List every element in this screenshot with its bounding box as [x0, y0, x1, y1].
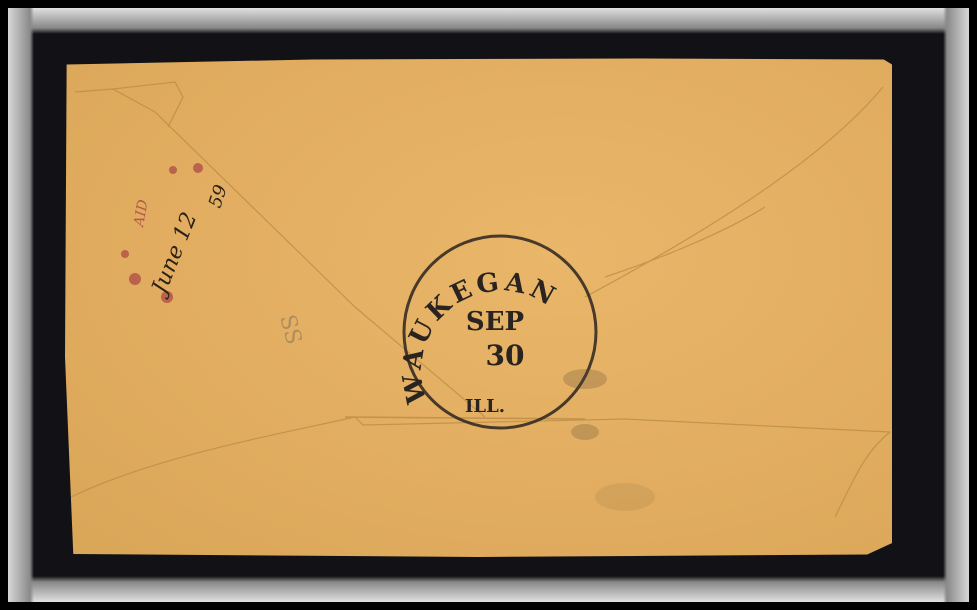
postmark-day: 30: [486, 339, 525, 372]
red-handstamp-text: AID: [131, 198, 152, 229]
postmark-state: ILL.: [465, 396, 505, 417]
docket-year: 59: [205, 182, 232, 210]
display-frame: AID June 12 59 SS WAUKEGAN ILL. SEP 30: [0, 0, 977, 610]
ghost-handstamp: SS: [274, 312, 306, 347]
postmark-month: SEP: [466, 307, 524, 337]
envelope-artwork: AID June 12 59 SS WAUKEGAN ILL. SEP 30: [65, 57, 892, 557]
envelope-back: AID June 12 59 SS WAUKEGAN ILL. SEP 30: [65, 57, 892, 557]
waukegan-postmark: WAUKEGAN ILL. SEP 30: [397, 236, 596, 428]
docket-date: June 12: [146, 209, 203, 301]
